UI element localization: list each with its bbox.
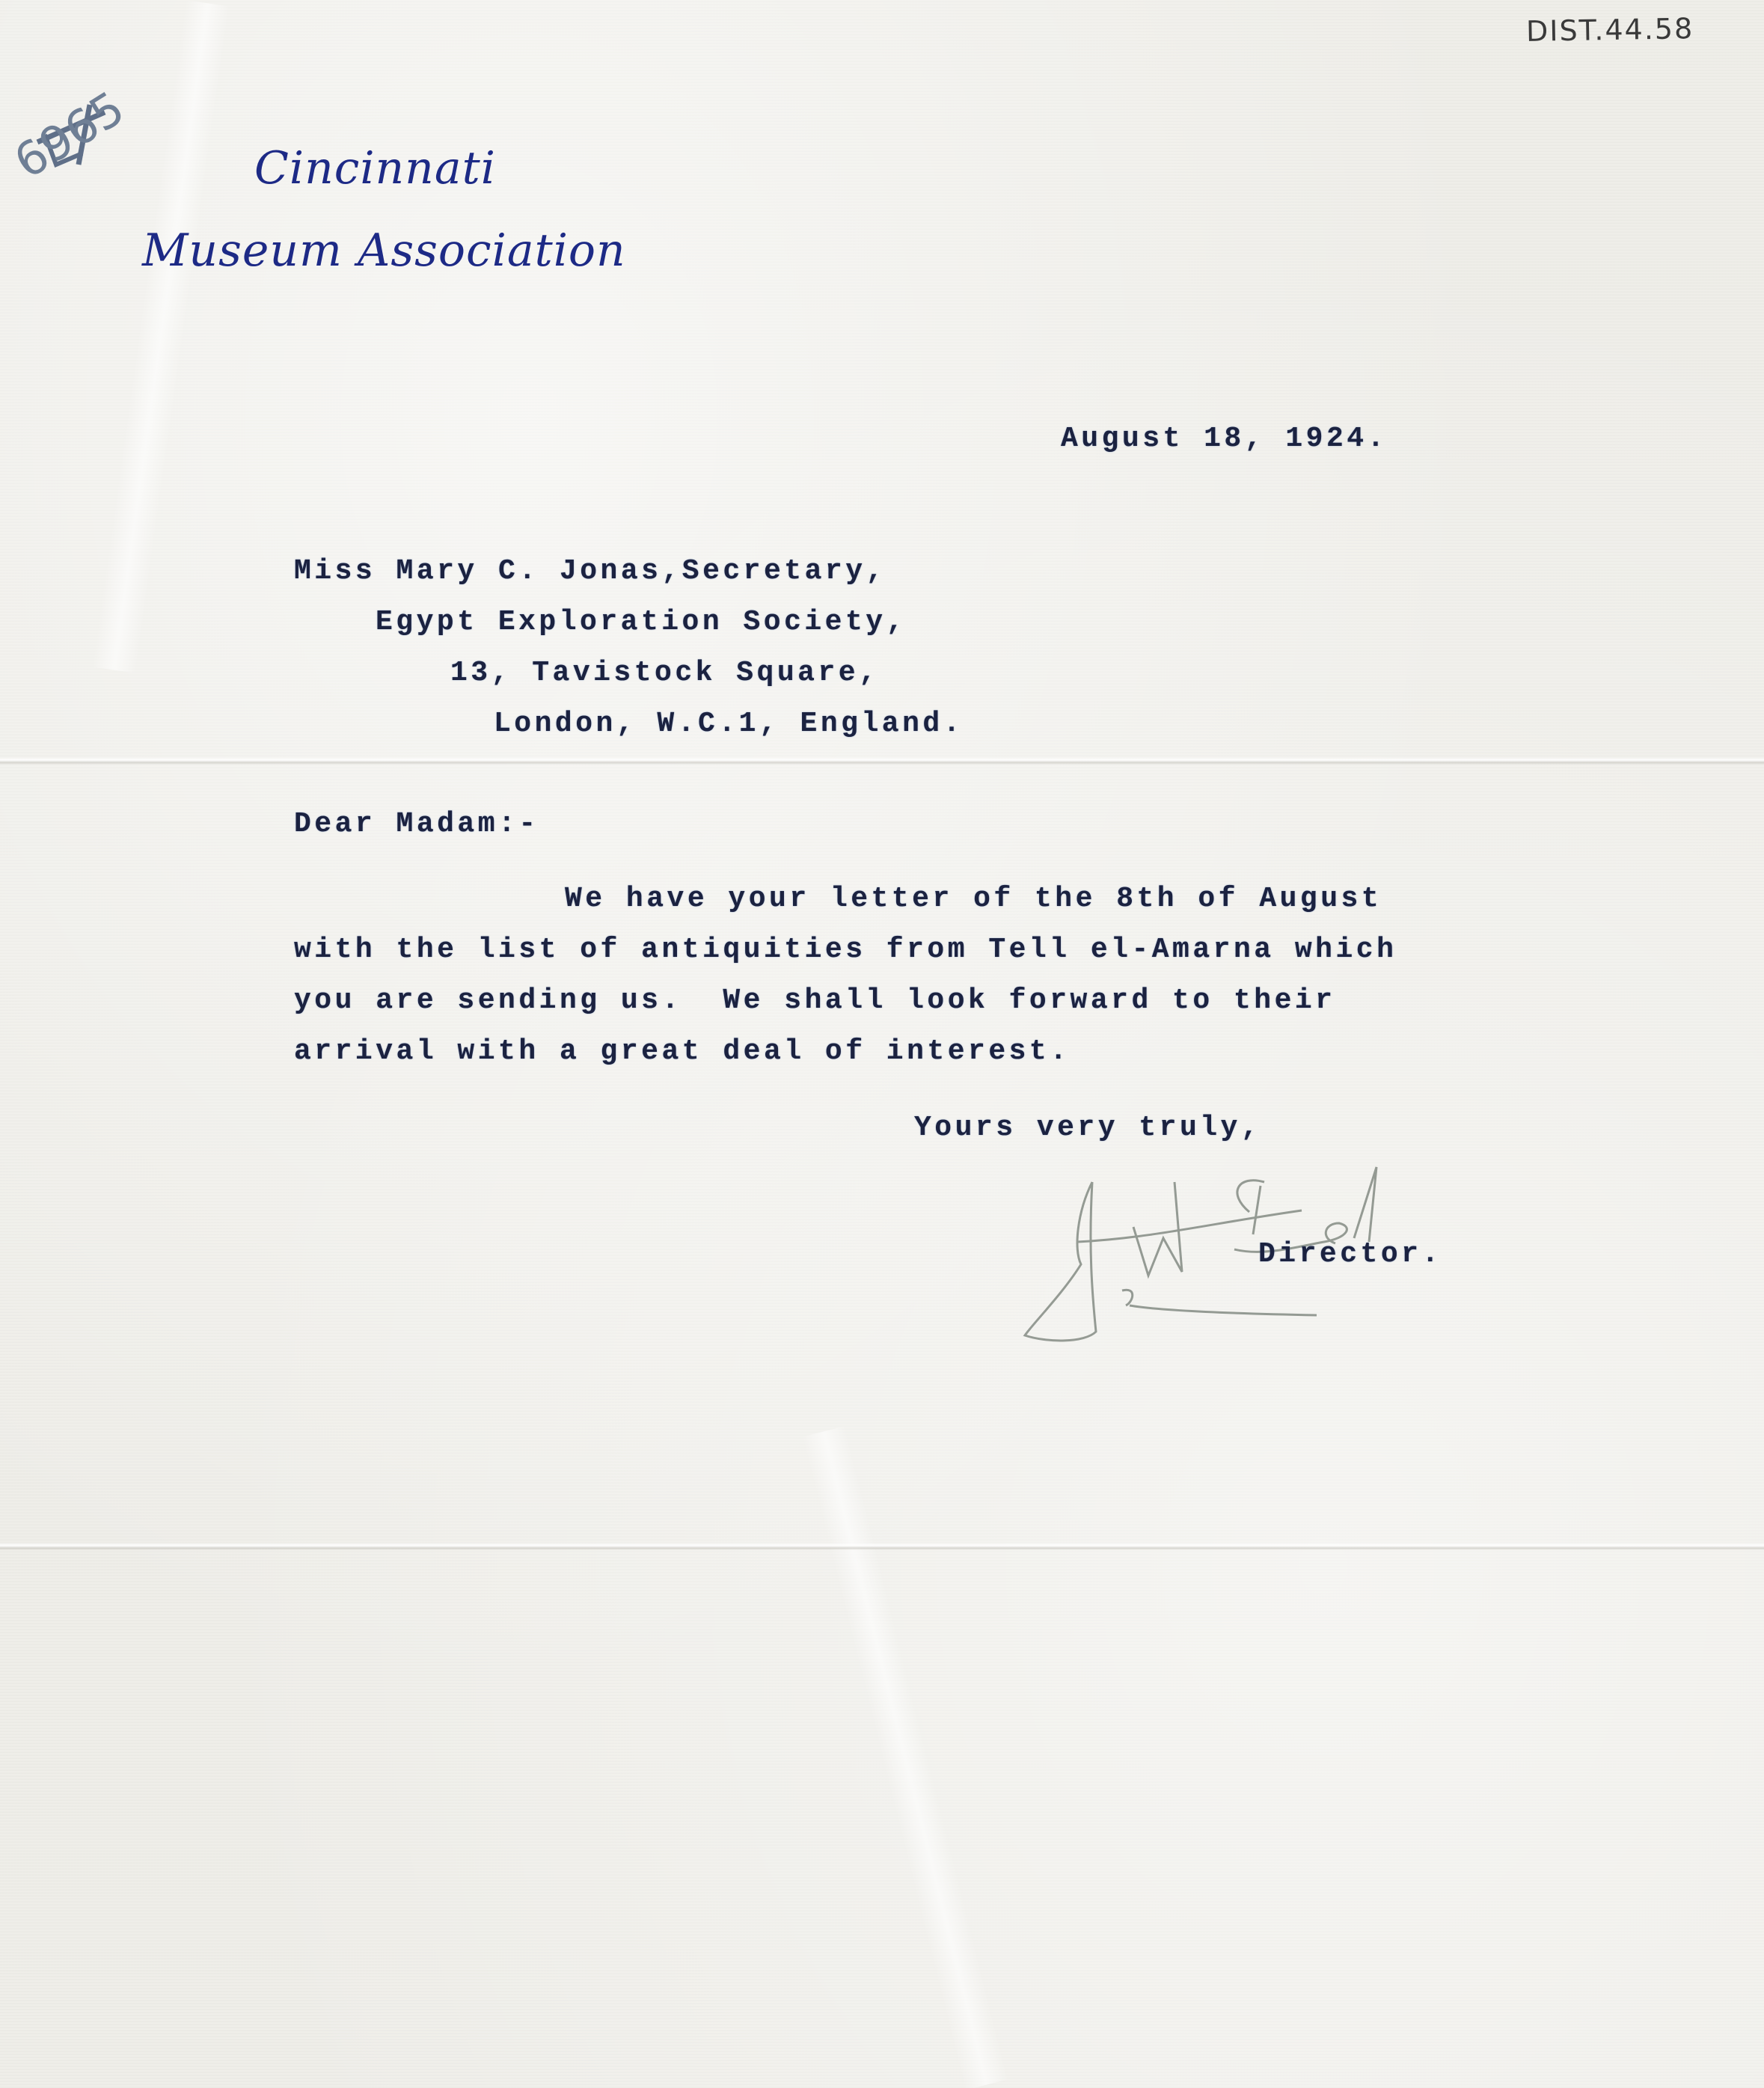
- signer-title: Director.: [1258, 1238, 1442, 1270]
- recipient-name: Miss Mary C. Jonas,Secretary,: [294, 555, 886, 587]
- salutation: Dear Madam:-: [294, 808, 539, 840]
- letter-date: August 18, 1924.: [1061, 423, 1388, 455]
- catalog-number: DIST.44.58: [1526, 12, 1694, 48]
- closing: Yours very truly,: [914, 1112, 1261, 1144]
- body-line: you are sending us. We shall look forwar…: [294, 985, 1336, 1017]
- body-line: with the list of antiquities from Tell e…: [294, 934, 1397, 966]
- recipient-organization: Egypt Exploration Society,: [376, 606, 907, 638]
- recipient-street: 13, Tavistock Square,: [450, 657, 879, 689]
- recipient-city: London, W.C.1, England.: [494, 708, 964, 740]
- fold-line-upper: [0, 757, 1764, 765]
- letterhead-organization: Museum Association: [142, 224, 626, 277]
- body-line: arrival with a great deal of interest.: [294, 1035, 1071, 1068]
- fold-line-lower: [0, 1543, 1764, 1550]
- body-line: We have your letter of the 8th of August: [565, 883, 1382, 915]
- letterhead-city: Cincinnati: [254, 142, 496, 195]
